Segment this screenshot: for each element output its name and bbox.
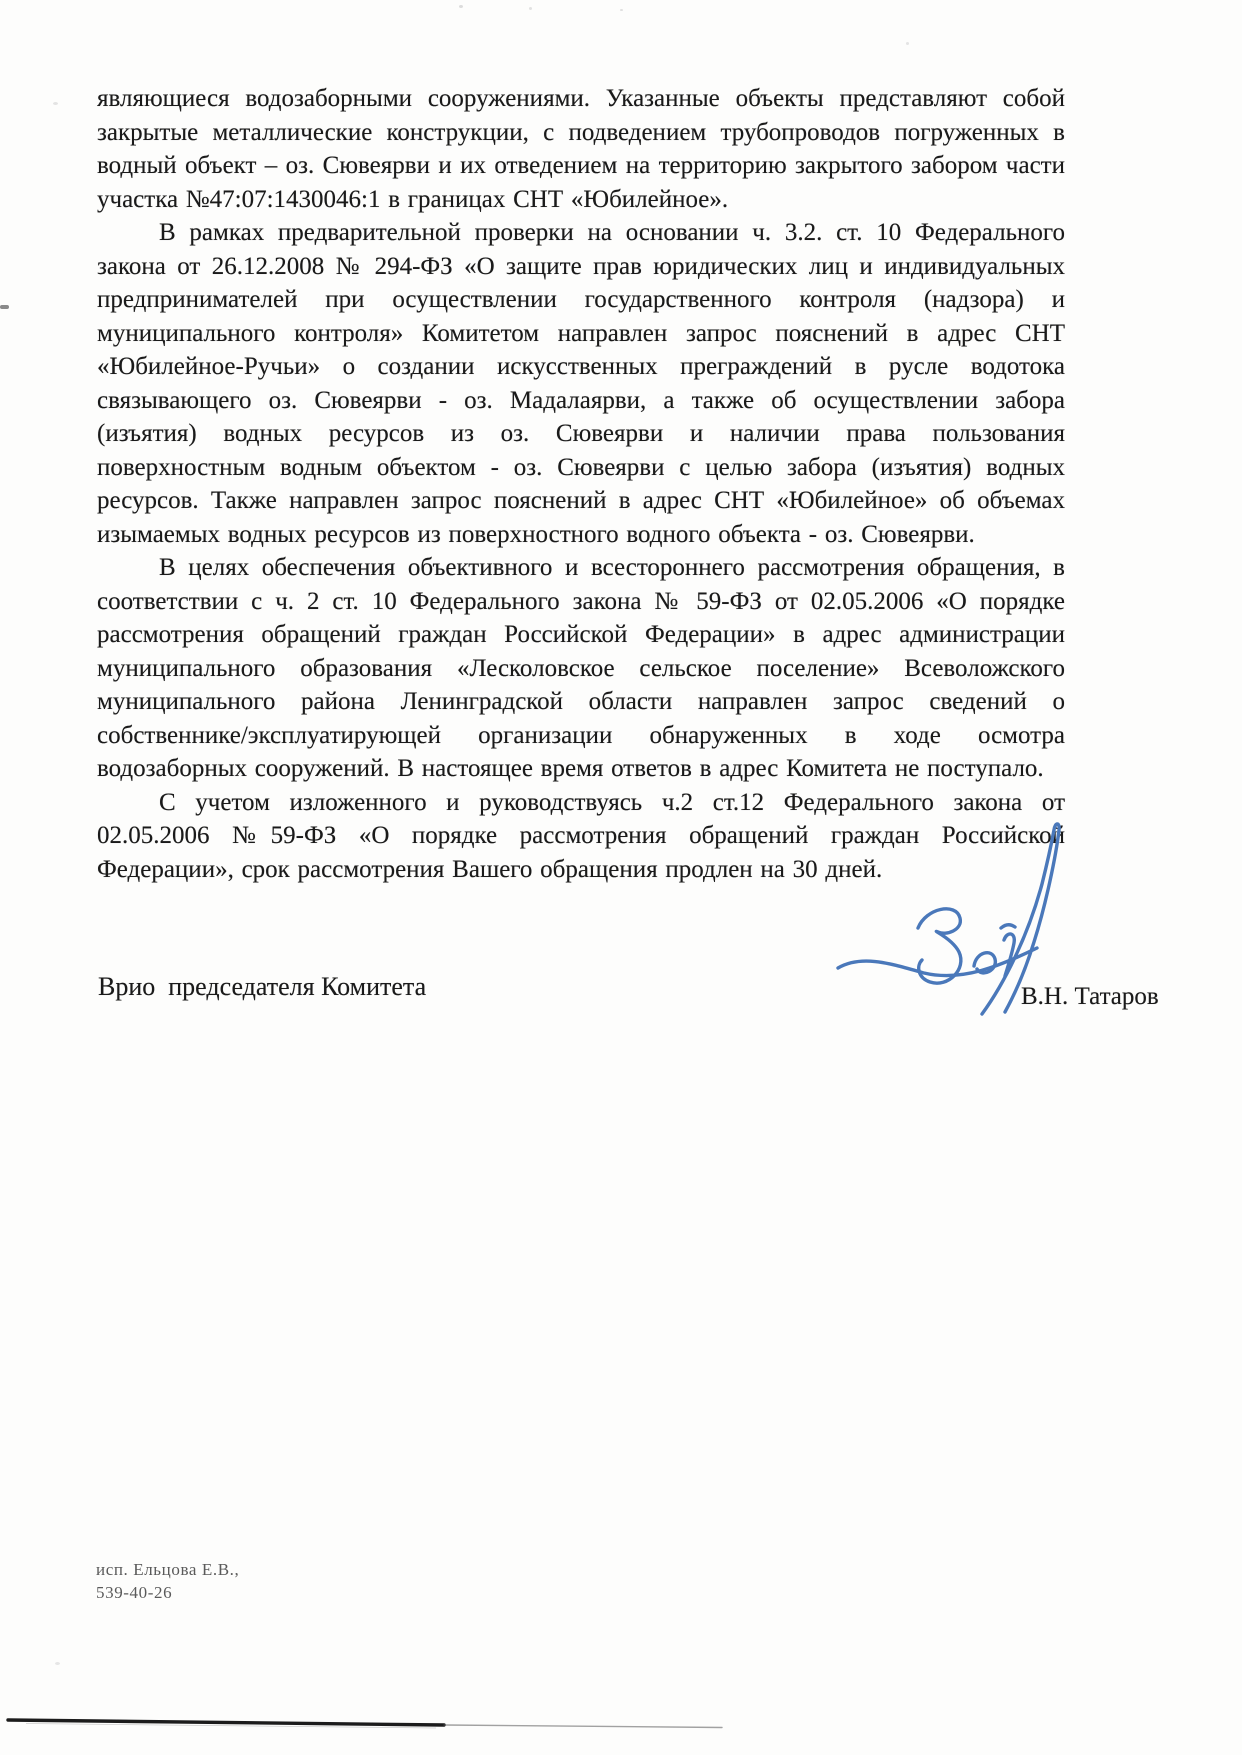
executor-name: исп. Ельцова Е.В., — [96, 1558, 239, 1581]
scan-edge-mark — [0, 305, 9, 309]
executor-phone: 539-40-26 — [96, 1581, 239, 1604]
signoff-name: В.Н. Татаров — [1021, 983, 1159, 1011]
executor-note: исп. Ельцова Е.В., 539-40-26 — [96, 1558, 239, 1604]
scan-speck — [55, 1662, 60, 1665]
signoff-role: Врио председателя Комитета — [98, 972, 426, 1002]
scan-speck — [459, 5, 463, 8]
paragraph-request-info: В целях обеспечения объективного и всест… — [97, 551, 1065, 786]
scan-speck — [529, 7, 532, 10]
scanned-letter-page: являющиеся водозаборными сооружениями. У… — [0, 0, 1242, 1755]
paragraph-preliminary-check: В рамках предварительной проверки на осн… — [97, 216, 1065, 551]
scan-speck — [53, 102, 58, 105]
scan-speck — [906, 42, 909, 45]
scan-speck — [620, 9, 623, 11]
paragraph-continuation: являющиеся водозаборными сооружениями. У… — [97, 82, 1065, 216]
scan-artifact-line — [6, 1714, 736, 1730]
signature-stroke-breve — [1001, 925, 1015, 928]
letter-body: являющиеся водозаборными сооружениями. У… — [97, 82, 1065, 886]
